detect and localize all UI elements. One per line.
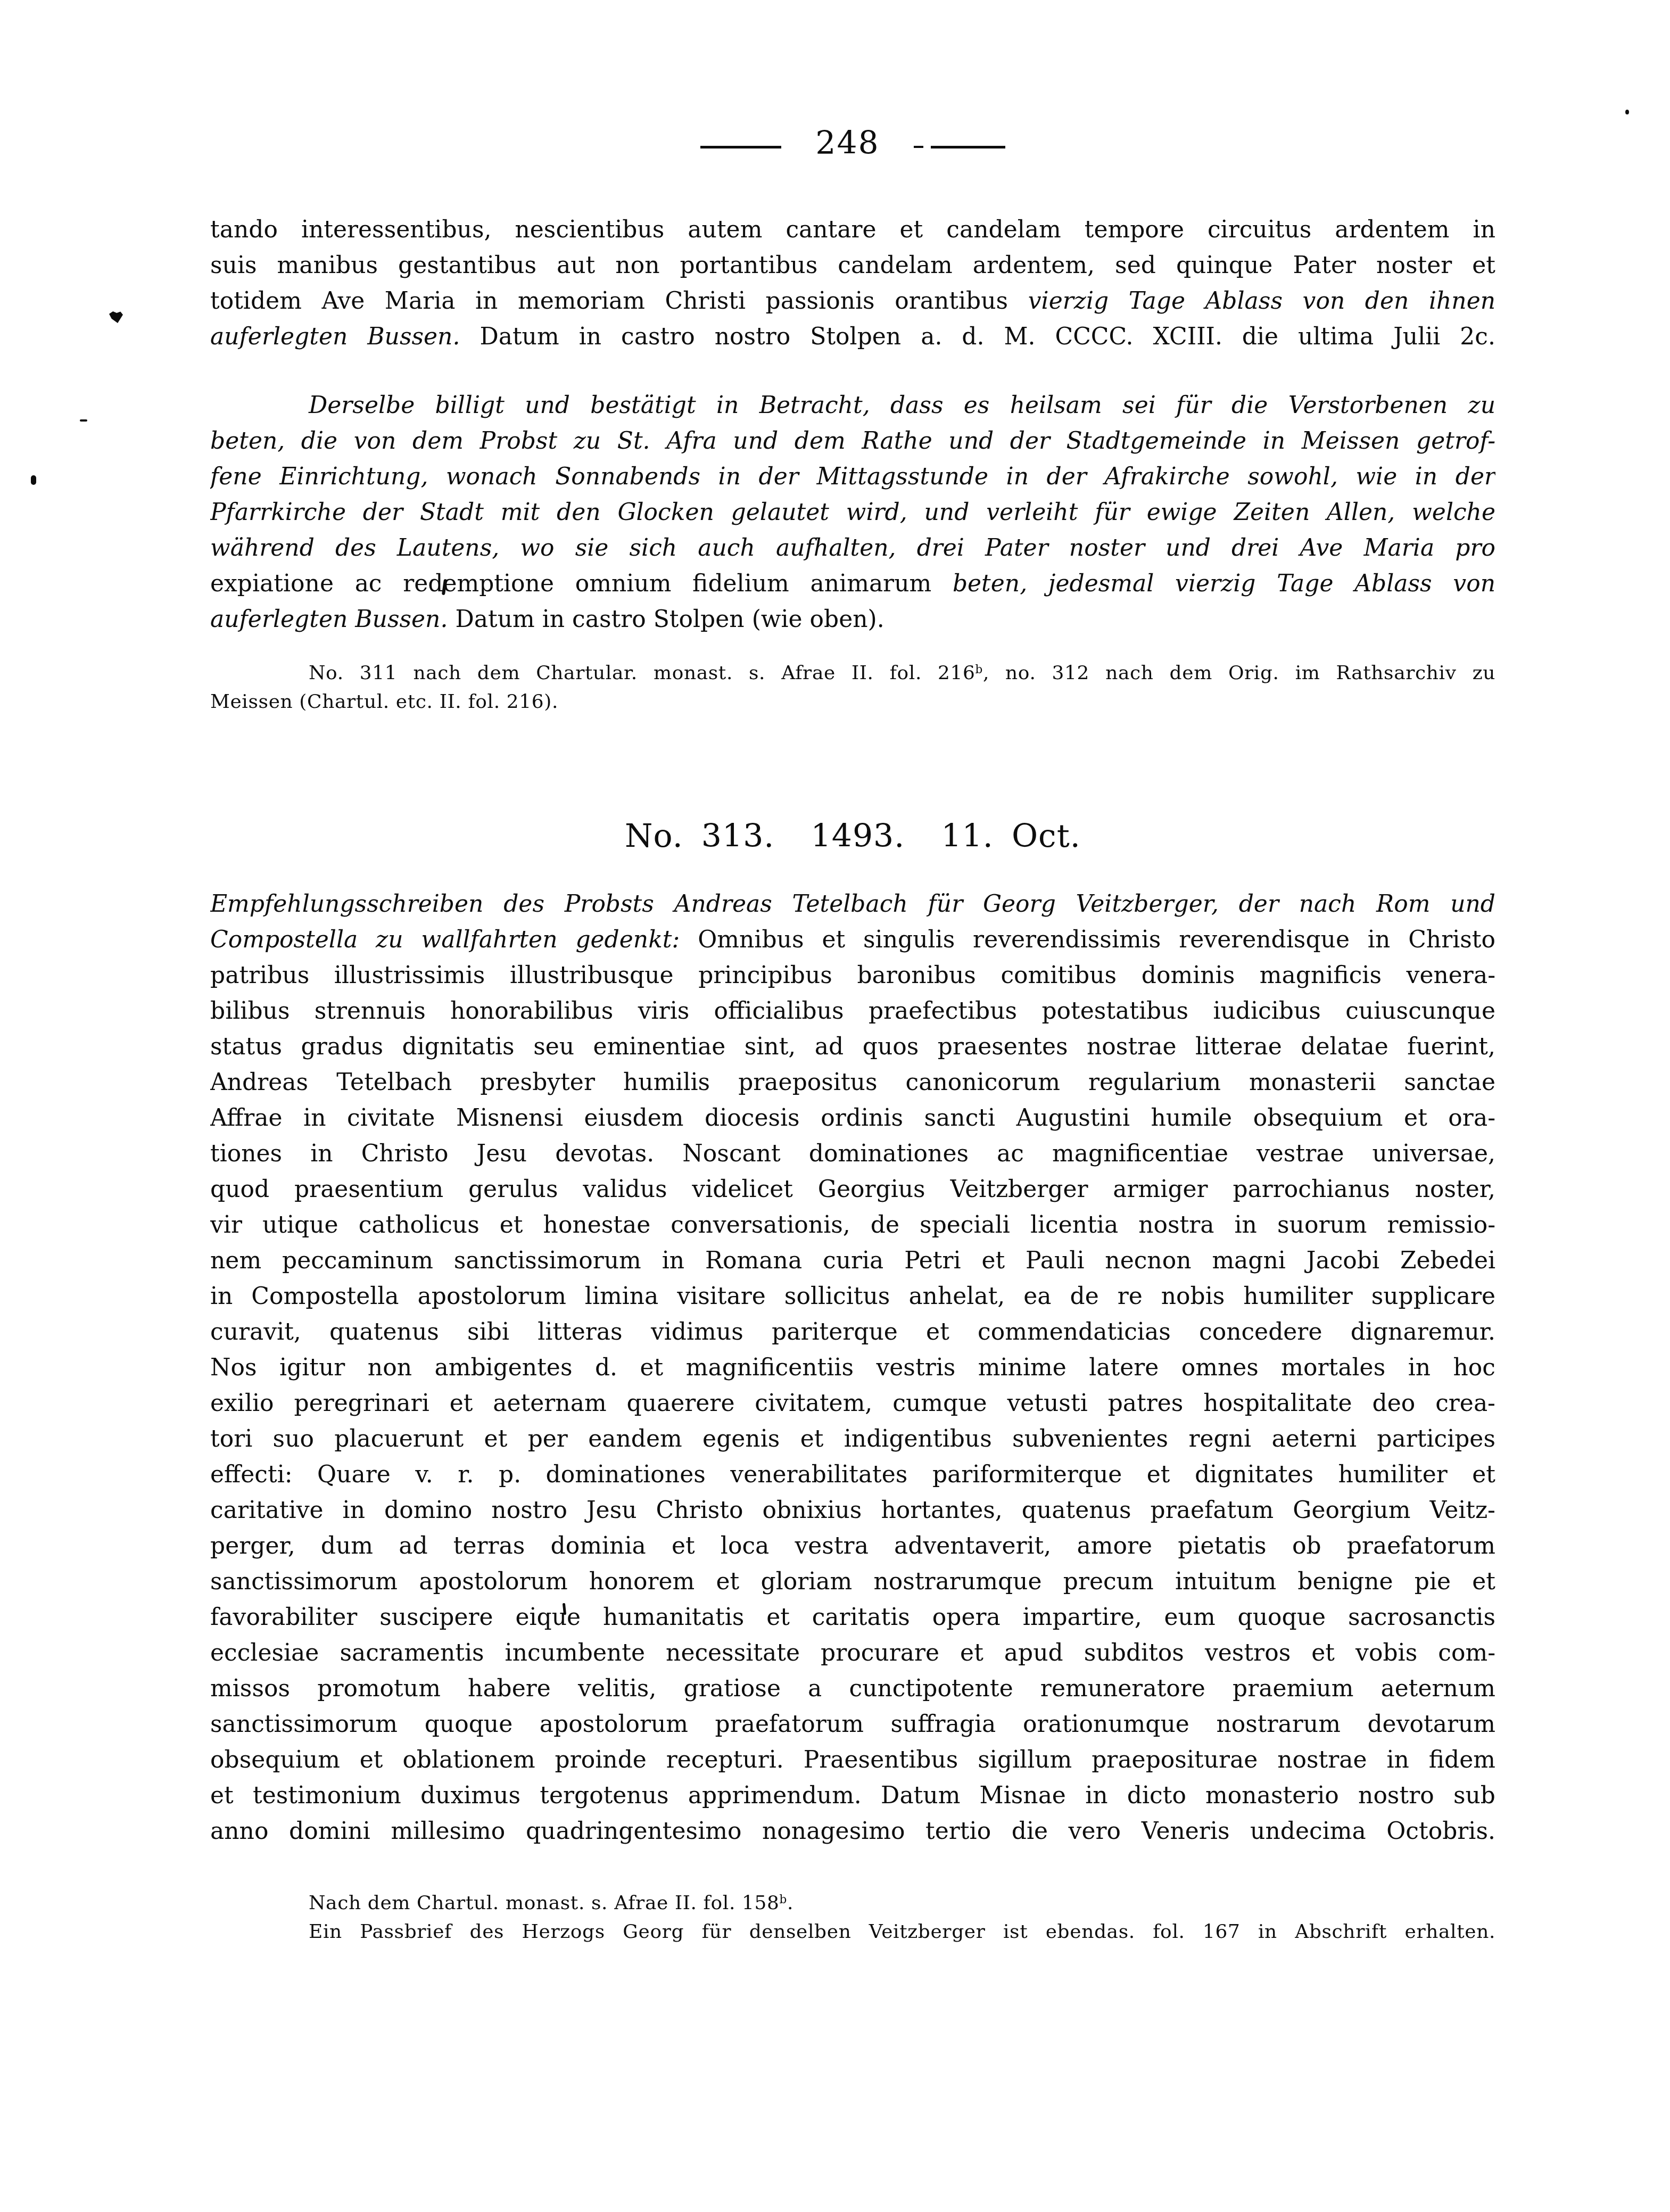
italic-text: beten, jedesmal vierzig Tage Ablass von xyxy=(953,570,1495,597)
roman-text: favorabiliter suscipere eique humanitati… xyxy=(210,1604,1495,1631)
roman-text: in Compostella apostolorum limina visita… xyxy=(210,1283,1495,1310)
italic-text: Empfehlungsschreiben des Probsts Andreas… xyxy=(210,890,1495,918)
roman-text: tando interessentibus, nescientibus aute… xyxy=(210,216,1495,243)
header-rule-right-short xyxy=(914,146,923,148)
text-line: quod praesentium gerulus validus videlic… xyxy=(210,1171,1495,1207)
paragraph-letter-no313: Empfehlungsschreiben des Probsts Andreas… xyxy=(210,886,1495,1849)
text-line: exilio peregrinari et aeternam quaerere … xyxy=(210,1385,1495,1421)
page-number: 248 xyxy=(781,125,914,162)
roman-text: Datum in castro nostro Stolpen a. d. M. … xyxy=(460,323,1495,350)
text-line: tiones in Christo Jesu devotas. Noscant … xyxy=(210,1136,1495,1171)
italic-text: fene Einrichtung, wonach Sonnabends in d… xyxy=(210,463,1495,490)
scanned-book-page: 248 tando interessentibus, nescientibus … xyxy=(0,0,1670,2212)
italic-text: Pfarrkirche der Stadt mit den Glocken ge… xyxy=(210,499,1495,526)
roman-text: , no. 312 nach dem Orig. im Rathsarchiv … xyxy=(983,662,1495,684)
text-line: in Compostella apostolorum limina visita… xyxy=(210,1278,1495,1314)
text-line: beten, die von dem Probst zu St. Afra un… xyxy=(210,423,1495,459)
paragraph-continuation-no311: tando interessentibus, nescientibus aute… xyxy=(210,212,1495,354)
text-line: status gradus dignitatis seu eminentiae … xyxy=(210,1029,1495,1064)
roman-text: vir utique catholicus et honestae conver… xyxy=(210,1211,1495,1239)
roman-text: . xyxy=(787,1892,793,1914)
text-line: No. 311 nach dem Chartular. monast. s. A… xyxy=(210,659,1495,688)
roman-text: anno domini millesimo quadringentesimo n… xyxy=(210,1818,1495,1845)
text-line: sanctissimorum apostolorum honorem et gl… xyxy=(210,1564,1495,1599)
text-line: patribus illustrissimis illustribusque p… xyxy=(210,958,1495,993)
roman-text: sanctissimorum quoque apostolorum praefa… xyxy=(210,1711,1495,1738)
roman-text: bilibus strennuis honorabilibus viris of… xyxy=(210,997,1495,1025)
text-line: Affrae in civitate Misnensi eiusdem dioc… xyxy=(210,1100,1495,1136)
text-line: Andreas Tetelbach presbyter humilis prae… xyxy=(210,1064,1495,1100)
text-line: Meissen (Chartul. etc. II. fol. 216). xyxy=(210,688,1495,716)
text-line: tori suo placuerunt et per eandem egenis… xyxy=(210,1421,1495,1457)
text-line: totidem Ave Maria in memoriam Christi pa… xyxy=(210,283,1495,319)
roman-text: exilio peregrinari et aeternam quaerere … xyxy=(210,1390,1495,1417)
roman-text: No. 311 nach dem Chartular. monast. s. A… xyxy=(309,662,975,684)
roman-text: quod praesentium gerulus validus videlic… xyxy=(210,1176,1495,1203)
text-line: auferlegten Bussen. Datum in castro nost… xyxy=(210,319,1495,354)
text-line: Pfarrkirche der Stadt mit den Glocken ge… xyxy=(210,494,1495,530)
text-line: suis manibus gestantibus aut non portant… xyxy=(210,247,1495,283)
roman-text: Affrae in civitate Misnensi eiusdem dioc… xyxy=(210,1104,1495,1132)
italic-text: während des Lautens, wo sie sich auch au… xyxy=(210,534,1495,562)
text-line: Ein Passbrief des Herzogs Georg für dens… xyxy=(210,1918,1495,1946)
ink-spot-artifact xyxy=(31,475,36,485)
text-line: curavit, quatenus sibi litteras vidimus … xyxy=(210,1314,1495,1350)
text-line: auferlegten Bussen. Datum in castro Stol… xyxy=(210,601,1495,637)
roman-text: et testimonium duximus tergotenus apprim… xyxy=(210,1782,1495,1809)
roman-text: status gradus dignitatis seu eminentiae … xyxy=(210,1033,1495,1060)
text-line: während des Lautens, wo sie sich auch au… xyxy=(210,530,1495,566)
source-note: No. 311 nach dem Chartular. monast. s. A… xyxy=(210,659,1495,716)
text-line: Derselbe billigt und bestätigt in Betrac… xyxy=(210,387,1495,423)
text-line: vir utique catholicus et honestae conver… xyxy=(210,1207,1495,1243)
roman-text: curavit, quatenus sibi litteras vidimus … xyxy=(210,1318,1495,1346)
italic-text: Derselbe billigt und bestätigt in Betrac… xyxy=(309,392,1495,419)
text-line: Nach dem Chartul. monast. s. Afrae II. f… xyxy=(210,1889,1495,1918)
roman-text: tori suo placuerunt et per eandem egenis… xyxy=(210,1425,1495,1452)
text-line: sanctissimorum quoque apostolorum praefa… xyxy=(210,1706,1495,1742)
page-header: 248 xyxy=(210,125,1495,162)
roman-text: Omnibus et singulis reverendissimis reve… xyxy=(680,926,1495,953)
roman-text: effecti: Quare v. r. p. dominationes ven… xyxy=(210,1461,1495,1488)
text-line: Compostella zu wallfahrten gedenkt: Omni… xyxy=(210,922,1495,958)
italic-text: beten, die von dem Probst zu St. Afra un… xyxy=(210,427,1495,455)
ink-dot-artifact xyxy=(1625,110,1629,114)
text-line: favorabiliter suscipere eique humanitati… xyxy=(210,1599,1495,1635)
bottom-source-notes: Nach dem Chartul. monast. s. Afrae II. f… xyxy=(210,1889,1495,1946)
ink-dash-artifact xyxy=(80,419,87,422)
text-line: obsequium et oblationem proinde receptur… xyxy=(210,1742,1495,1778)
text-line: effecti: Quare v. r. p. dominationes ven… xyxy=(210,1457,1495,1492)
roman-text: Nach dem Chartul. monast. s. Afrae II. f… xyxy=(309,1892,780,1914)
roman-text: ecclesiae sacramentis incumbente necessi… xyxy=(210,1639,1495,1666)
roman-text: patribus illustrissimis illustribusque p… xyxy=(210,962,1495,989)
text-line: ecclesiae sacramentis incumbente necessi… xyxy=(210,1635,1495,1671)
roman-text: Nos igitur non ambigentes d. et magnific… xyxy=(210,1354,1495,1381)
roman-text: totidem Ave Maria in memoriam Christi pa… xyxy=(210,287,1028,315)
roman-text: expiatione ac redemptione omnium fideliu… xyxy=(210,570,953,597)
italic-text: auferlegten Bussen. xyxy=(210,606,448,633)
superscript-text: b xyxy=(975,663,983,676)
roman-text: Datum in castro Stolpen (wie oben). xyxy=(448,606,884,633)
text-line: et testimonium duximus tergotenus apprim… xyxy=(210,1778,1495,1813)
italic-text: Compostella zu wallfahrten gedenkt: xyxy=(210,926,680,953)
entry-heading: No. 313. 1493. 11. Oct. xyxy=(210,818,1495,855)
text-line: fene Einrichtung, wonach Sonnabends in d… xyxy=(210,459,1495,494)
text-line: nem peccaminum sanctissimorum in Romana … xyxy=(210,1243,1495,1278)
roman-text: perger, dum ad terras dominia et loca ve… xyxy=(210,1532,1495,1559)
roman-text: tiones in Christo Jesu devotas. Noscant … xyxy=(210,1140,1495,1167)
text-line: missos promotum habere velitis, gratiose… xyxy=(210,1671,1495,1706)
text-line: anno domini millesimo quadringentesimo n… xyxy=(210,1813,1495,1849)
header-rule-right-long xyxy=(931,146,1005,148)
paragraph-decree-no312: Derselbe billigt und bestätigt in Betrac… xyxy=(210,387,1495,637)
roman-text: obsequium et oblationem proinde receptur… xyxy=(210,1746,1495,1773)
roman-text: Andreas Tetelbach presbyter humilis prae… xyxy=(210,1069,1495,1096)
text-line: Nos igitur non ambigentes d. et magnific… xyxy=(210,1350,1495,1385)
ink-blob-artifact xyxy=(109,311,123,323)
text-line: expiatione ac redemptione omnium fideliu… xyxy=(210,566,1495,601)
roman-text: suis manibus gestantibus aut non portant… xyxy=(210,252,1495,279)
roman-text: caritative in domino nostro Jesu Christo… xyxy=(210,1497,1495,1524)
text-line: caritative in domino nostro Jesu Christo… xyxy=(210,1492,1495,1528)
italic-text: vierzig Tage Ablass von den ihnen xyxy=(1028,287,1495,315)
text-line: Empfehlungsschreiben des Probsts Andreas… xyxy=(210,886,1495,922)
roman-text: sanctissimorum apostolorum honorem et gl… xyxy=(210,1568,1495,1595)
superscript-text: b xyxy=(780,1893,787,1906)
italic-text: auferlegten Bussen. xyxy=(210,323,460,350)
text-line: bilibus strennuis honorabilibus viris of… xyxy=(210,993,1495,1029)
roman-text: Ein Passbrief des Herzogs Georg für dens… xyxy=(309,1921,1495,1943)
text-line: tando interessentibus, nescientibus aute… xyxy=(210,212,1495,247)
header-rule-right xyxy=(914,146,1005,148)
roman-text: Meissen (Chartul. etc. II. fol. 216). xyxy=(210,691,558,713)
roman-text: missos promotum habere velitis, gratiose… xyxy=(210,1675,1495,1702)
header-rule-left xyxy=(700,146,781,148)
roman-text: nem peccaminum sanctissimorum in Romana … xyxy=(210,1247,1495,1274)
text-line: perger, dum ad terras dominia et loca ve… xyxy=(210,1528,1495,1564)
